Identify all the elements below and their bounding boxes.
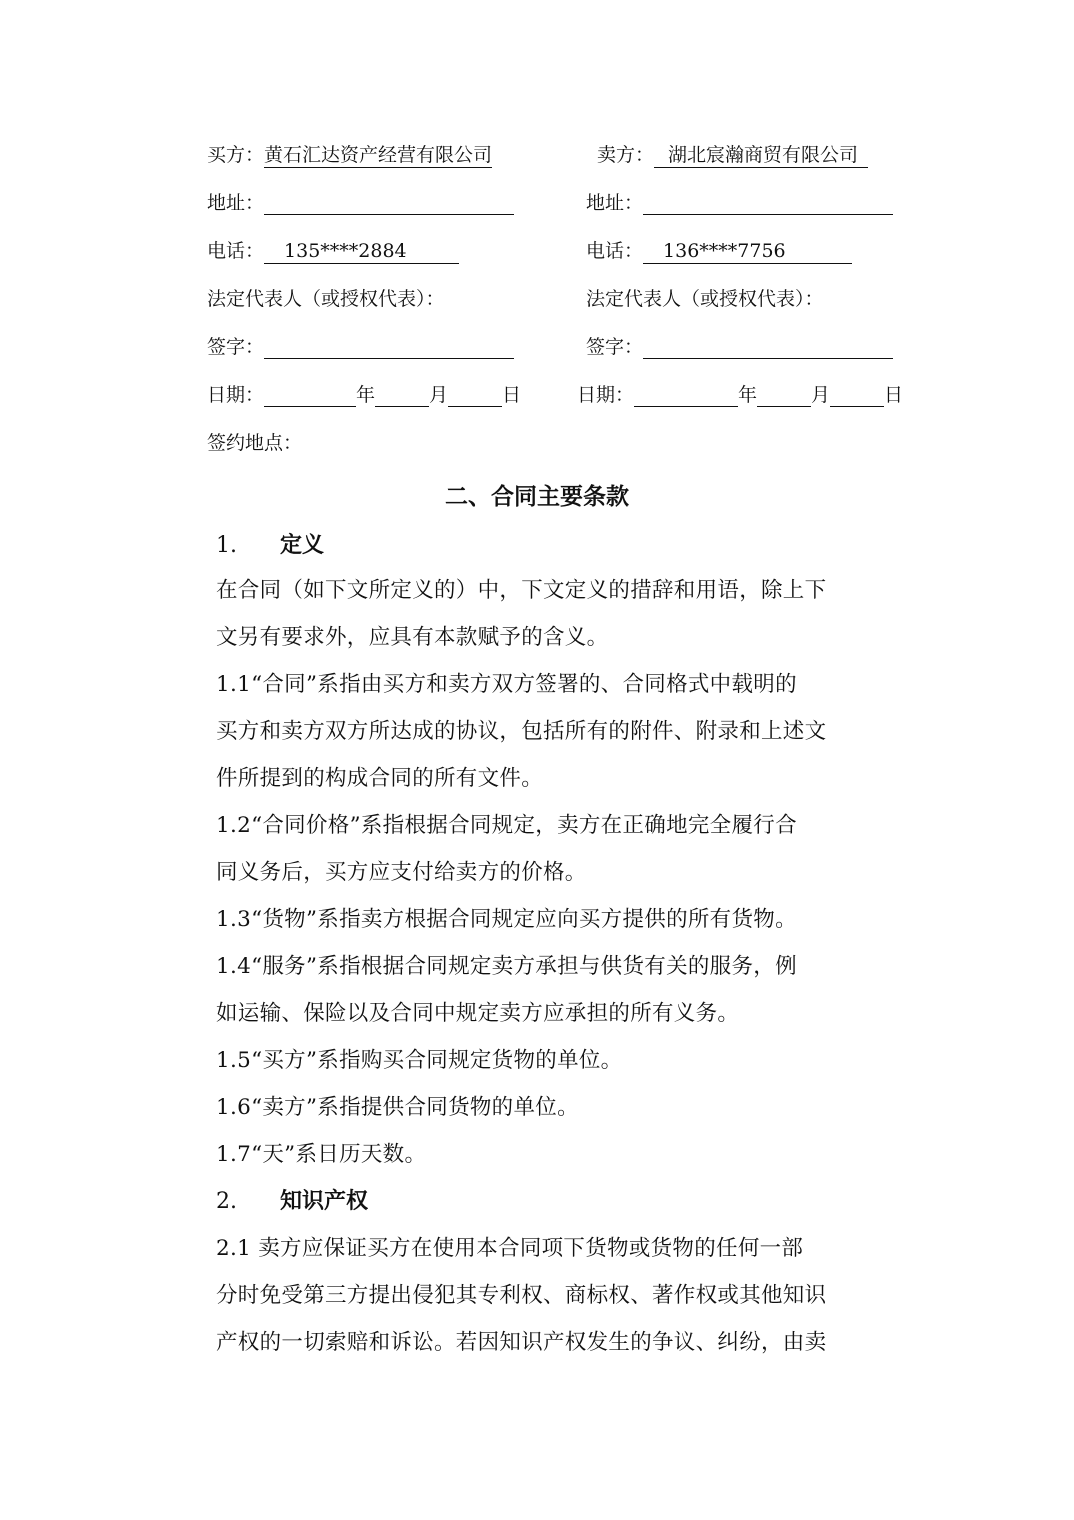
heading-text: 定义 — [280, 533, 324, 558]
buyer-month-field[interactable] — [375, 386, 429, 407]
year-label: 年 — [738, 384, 757, 406]
seller-label: 卖方： — [597, 144, 654, 166]
buyer-phone: 135****2884 — [264, 239, 459, 264]
buyer-sign-row: 签字： — [207, 335, 514, 359]
seller-sign-label: 签字： — [586, 336, 643, 358]
seller-address-label: 地址： — [586, 192, 643, 214]
seller-date-label: 日期： — [577, 384, 634, 406]
paragraph-line: 分时免受第三方提出侵犯其专利权、商标权、著作权或其他知识 — [216, 1278, 826, 1309]
seller-day-field[interactable] — [830, 386, 884, 407]
signing-place-label: 签约地点： — [207, 431, 302, 455]
paragraph-line: 如运输、保险以及合同中规定卖方应承担的所有义务。 — [216, 996, 739, 1027]
seller-month-field[interactable] — [757, 386, 811, 407]
heading-number: 2. — [216, 1189, 280, 1214]
buyer-phone-label: 电话： — [207, 240, 264, 262]
buyer-sign-field[interactable] — [264, 338, 514, 359]
paragraph-line: 1.5“买方”系指购买合同规定货物的单位。 — [216, 1043, 622, 1074]
heading-ip: 2.知识产权 — [216, 1184, 368, 1215]
paragraph-line: 件所提到的构成合同的所有文件。 — [216, 761, 543, 792]
day-label: 日 — [884, 384, 903, 406]
seller-sign-row: 签字： — [586, 335, 893, 359]
buyer-address-field[interactable] — [264, 194, 514, 215]
paragraph-line: 2.1 卖方应保证买方在使用本合同项下货物或货物的任何一部 — [216, 1231, 803, 1262]
paragraph-line: 1.1“合同”系指由买方和卖方双方签署的、合同格式中载明的 — [216, 667, 797, 698]
heading-number: 1. — [216, 533, 280, 558]
paragraph-line: 买方和卖方双方所达成的协议，包括所有的附件、附录和上述文 — [216, 714, 826, 745]
section-title: 二、合同主要条款 — [0, 478, 1074, 511]
year-label: 年 — [356, 384, 375, 406]
heading-definitions: 1.定义 — [216, 528, 324, 559]
buyer-sign-label: 签字： — [207, 336, 264, 358]
month-label: 月 — [811, 384, 830, 406]
paragraph-line: 文另有要求外，应具有本款赋予的含义。 — [216, 620, 608, 651]
seller-name-row: 卖方：湖北宸瀚商贸有限公司 — [597, 143, 868, 168]
seller-phone-row: 电话：136****7756 — [586, 239, 852, 264]
seller-date-row: 日期：年月日 — [577, 383, 903, 407]
seller-year-field[interactable] — [634, 386, 738, 407]
seller-phone-label: 电话： — [586, 240, 643, 262]
seller-sign-field[interactable] — [643, 338, 893, 359]
heading-text: 知识产权 — [280, 1189, 368, 1214]
paragraph-line: 1.6“卖方”系指提供合同货物的单位。 — [216, 1090, 579, 1121]
seller-phone: 136****7756 — [643, 239, 852, 264]
buyer-year-field[interactable] — [264, 386, 356, 407]
paragraph-line: 1.4“服务”系指根据合同规定卖方承担与供货有关的服务，例 — [216, 949, 797, 980]
paragraph-line: 1.3“货物”系指卖方根据合同规定应向买方提供的所有货物。 — [216, 902, 797, 933]
seller-rep-label: 法定代表人（或授权代表）： — [586, 287, 824, 311]
seller-name: 湖北宸瀚商贸有限公司 — [654, 143, 868, 168]
buyer-rep-label: 法定代表人（或授权代表）： — [207, 287, 445, 311]
buyer-phone-row: 电话：135****2884 — [207, 239, 459, 264]
seller-address-row: 地址： — [586, 191, 893, 215]
buyer-label: 买方： — [207, 144, 264, 166]
buyer-date-label: 日期： — [207, 384, 264, 406]
buyer-name: 黄石汇达资产经营有限公司 — [264, 143, 492, 168]
buyer-date-row: 日期：年月日 — [207, 383, 521, 407]
buyer-address-row: 地址： — [207, 191, 514, 215]
paragraph-line: 1.2“合同价格”系指根据合同规定，卖方在正确地完全履行合 — [216, 808, 797, 839]
buyer-day-field[interactable] — [448, 386, 502, 407]
buyer-name-row: 买方：黄石汇达资产经营有限公司 — [207, 143, 492, 168]
paragraph-line: 同义务后，买方应支付给卖方的价格。 — [216, 855, 587, 886]
paragraph-line: 在合同（如下文所定义的）中，下文定义的措辞和用语，除上下 — [216, 573, 826, 604]
paragraph-line: 1.7“天”系日历天数。 — [216, 1137, 426, 1168]
month-label: 月 — [429, 384, 448, 406]
day-label: 日 — [502, 384, 521, 406]
seller-address-field[interactable] — [643, 194, 893, 215]
paragraph-line: 产权的一切索赔和诉讼。若因知识产权发生的争议、纠纷，由卖 — [216, 1325, 826, 1356]
buyer-address-label: 地址： — [207, 192, 264, 214]
